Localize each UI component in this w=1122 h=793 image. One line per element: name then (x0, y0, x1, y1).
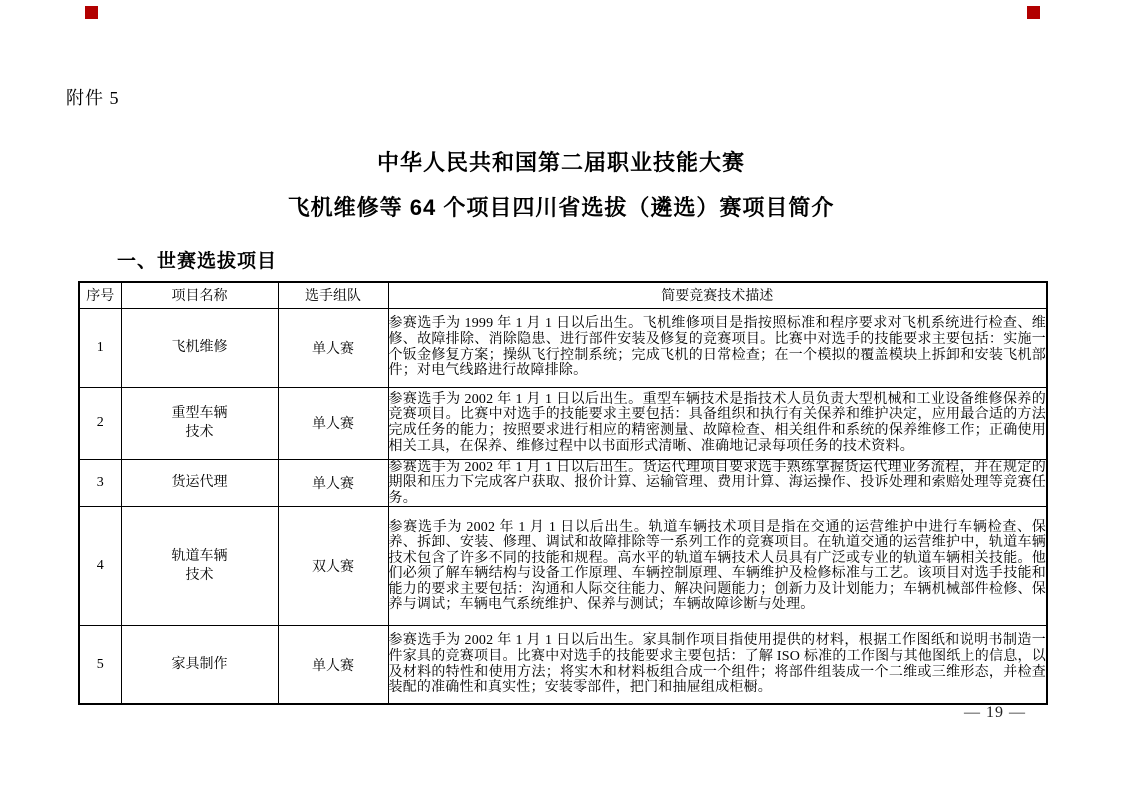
cell-team: 单人赛 (278, 387, 388, 459)
projects-table-wrap: 序号 项目名称 选手组队 简要竞赛技术描述 1 飞机维修 单人赛 参赛选手为 1… (78, 281, 1046, 705)
table-row: 1 飞机维修 单人赛 参赛选手为 1999 年 1 月 1 日以后出生。飞机维修… (79, 308, 1047, 387)
cell-no: 3 (79, 459, 121, 507)
cell-team: 单人赛 (278, 626, 388, 704)
document-title-line2: 飞机维修等 64 个项目四川省选拔（遴选）赛项目简介 (0, 191, 1122, 222)
table-row: 4 轨道车辆 技术 双人赛 参赛选手为 2002 年 1 月 1 日以后出生。轨… (79, 507, 1047, 626)
cell-description: 参赛选手为 2002 年 1 月 1 日以后出生。轨道车辆技术项目是指在交通的运… (388, 507, 1047, 626)
cell-no: 4 (79, 507, 121, 626)
col-header-desc: 简要竞赛技术描述 (388, 282, 1047, 308)
document-page: 附件 5 中华人民共和国第二届职业技能大赛 飞机维修等 64 个项目四川省选拔（… (0, 0, 1122, 793)
cell-project-name: 轨道车辆 技术 (121, 507, 278, 626)
attachment-label: 附件 5 (66, 84, 120, 110)
cell-description: 参赛选手为 2002 年 1 月 1 日以后出生。货运代理项目要求选手熟练掌握货… (388, 459, 1047, 507)
cell-description: 参赛选手为 2002 年 1 月 1 日以后出生。家具制作项目指使用提供的材料，… (388, 626, 1047, 704)
table-row: 5 家具制作 单人赛 参赛选手为 2002 年 1 月 1 日以后出生。家具制作… (79, 626, 1047, 704)
section-heading: 一、世赛选拔项目 (117, 246, 277, 273)
table-row: 2 重型车辆 技术 单人赛 参赛选手为 2002 年 1 月 1 日以后出生。重… (79, 387, 1047, 459)
col-header-no: 序号 (79, 282, 121, 308)
cell-project-name: 家具制作 (121, 626, 278, 704)
document-title-line1: 中华人民共和国第二届职业技能大赛 (0, 146, 1122, 177)
col-header-team: 选手组队 (278, 282, 388, 308)
cell-project-name: 飞机维修 (121, 308, 278, 387)
cell-description: 参赛选手为 1999 年 1 月 1 日以后出生。飞机维修项目是指按照标准和程序… (388, 308, 1047, 387)
cell-project-name: 重型车辆 技术 (121, 387, 278, 459)
red-corner-mark-right-icon (1027, 6, 1040, 19)
table-header-row: 序号 项目名称 选手组队 简要竞赛技术描述 (79, 282, 1047, 308)
cell-team: 单人赛 (278, 308, 388, 387)
projects-table: 序号 项目名称 选手组队 简要竞赛技术描述 1 飞机维修 单人赛 参赛选手为 1… (78, 281, 1048, 705)
cell-project-name: 货运代理 (121, 459, 278, 507)
page-number: — 19 — (940, 704, 1050, 722)
cell-team: 单人赛 (278, 459, 388, 507)
red-corner-mark-left-icon (85, 6, 98, 19)
cell-no: 1 (79, 308, 121, 387)
col-header-name: 项目名称 (121, 282, 278, 308)
cell-no: 2 (79, 387, 121, 459)
cell-team: 双人赛 (278, 507, 388, 626)
cell-no: 5 (79, 626, 121, 704)
cell-description: 参赛选手为 2002 年 1 月 1 日以后出生。重型车辆技术是指技术人员负责大… (388, 387, 1047, 459)
table-row: 3 货运代理 单人赛 参赛选手为 2002 年 1 月 1 日以后出生。货运代理… (79, 459, 1047, 507)
